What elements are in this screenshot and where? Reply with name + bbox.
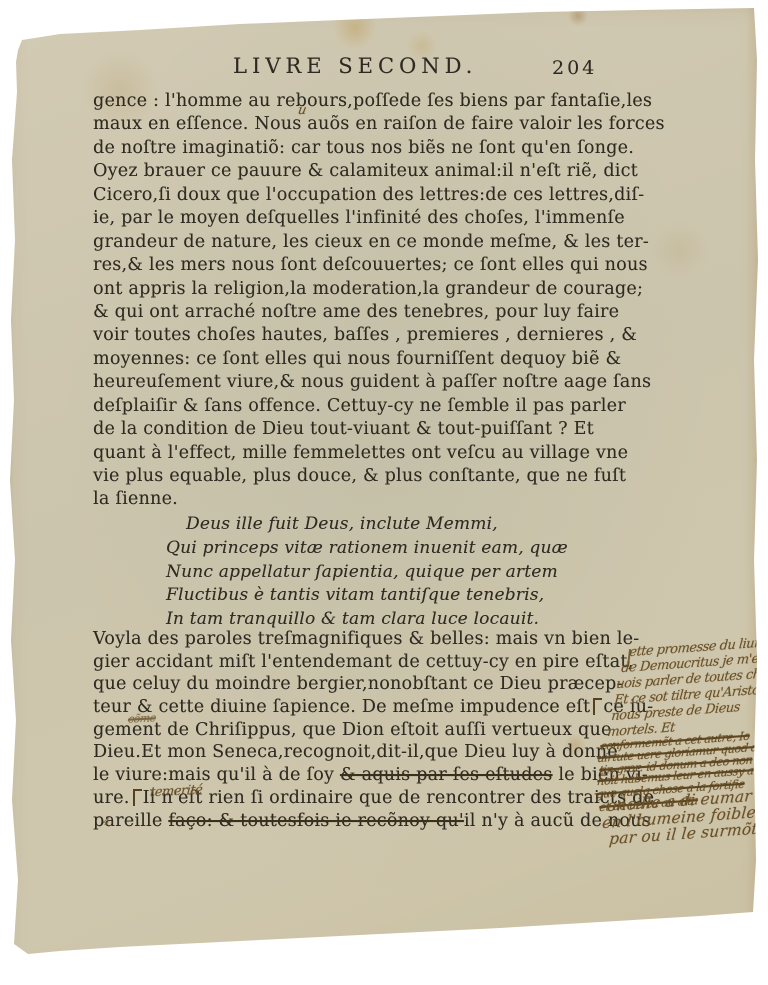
body-line: maux en eſſence. Nous auõs en raiſon de … — [93, 113, 665, 136]
insertion-mark — [593, 698, 602, 715]
body-line: vie plus equable, plus douce, & plus con… — [93, 465, 665, 488]
body-line: moyennes: ce ſont elles qui nous fourniſ… — [93, 348, 665, 371]
body-line: quant à l'effect, mille femmelettes ont … — [93, 442, 665, 465]
quote-line: Nunc appellatur ſapientia, quique per ar… — [166, 561, 568, 585]
body-line: gement de Chriſippus, que Dion eſtoit au… — [93, 719, 654, 742]
body-line-text: Il n'eſt rien ſi ordinaire que de rencon… — [143, 788, 655, 808]
latin-quote-block: Deus ille fuit Deus, inclute Memmi, Qui … — [166, 513, 568, 632]
body-line: & qui ont arraché noſtre ame des tenebre… — [93, 301, 665, 324]
struck-text: faço: & toutesfois ie recõnoy qu' — [168, 811, 464, 831]
body-line: Cicero,ſi doux que l'occupation des lett… — [93, 184, 665, 207]
body-line: voir toutes choſes hautes, baſſes , prem… — [93, 324, 665, 347]
body-line: Oyez brauer ce pauure & calamiteux anima… — [93, 160, 665, 183]
book-page-photo: LIVRE SECOND. 204 gence : l'homme au reb… — [0, 0, 768, 985]
body-line: ie, par le moyen deſquelles l'infinité d… — [93, 207, 665, 230]
body-line: ont appris la religion,la moderation,la … — [93, 278, 665, 301]
body-text-block-1: gence : l'homme au rebours,poſſede ſes b… — [93, 90, 665, 512]
running-header: LIVRE SECOND. — [233, 54, 477, 78]
body-line: Voyla des paroles treſmagnifiques & bell… — [93, 628, 654, 651]
body-line: de noſtre imaginatiõ: car tous nos biẽs … — [93, 137, 665, 160]
body-line: teur & cette diuine ſapience. De meſme i… — [93, 696, 654, 719]
body-line: gier accidant miſt l'entendemant de cett… — [93, 651, 654, 674]
handwritten-temerite: temerité — [149, 783, 202, 801]
body-line: Dieu.Et mon Seneca,recognoit,dit-il,que … — [93, 741, 654, 764]
page: LIVRE SECOND. 204 gence : l'homme au reb… — [0, 0, 768, 985]
body-line: res,& les mers nous ſont deſcouuertes; c… — [93, 254, 665, 277]
body-line: gence : l'homme au rebours,poſſede ſes b… — [93, 90, 665, 113]
body-line: heureuſement viure,& nous guident à paſſ… — [93, 371, 665, 394]
handwritten-comme-struck: cõme — [127, 711, 156, 726]
body-line: pareille faço: & toutesfois ie recõnoy q… — [93, 810, 654, 833]
body-line-text: le viure:mais qu'il à de ſoy — [93, 765, 340, 785]
struck-text: & aquis par ſes eſtudes — [340, 765, 553, 785]
body-line: que celuy du moindre bergier,nonobſtant … — [93, 673, 654, 696]
page-number: 204 — [552, 57, 597, 79]
quote-line: Deus ille fuit Deus, inclute Memmi, — [186, 513, 568, 537]
body-line: la ſienne. — [93, 488, 665, 511]
quote-line: Fluctibus è tantis vitam tantiſque teneb… — [166, 584, 568, 608]
insertion-mark — [133, 789, 142, 806]
quote-line: Qui princeps vitæ rationem inuenit eam, … — [166, 537, 568, 561]
body-line-text: ure. — [93, 788, 130, 808]
body-text-block-2: Voyla des paroles treſmagnifiques & bell… — [93, 628, 654, 832]
body-line: grandeur de nature, les cieux en ce mond… — [93, 231, 665, 254]
body-line: de la condition de Dieu tout-viuant & to… — [93, 418, 665, 441]
body-line-text: teur & cette diuine ſapience. De meſme i… — [93, 697, 590, 717]
body-line: deſplaiſir & ſans offence. Cettuy-cy ne … — [93, 395, 665, 418]
